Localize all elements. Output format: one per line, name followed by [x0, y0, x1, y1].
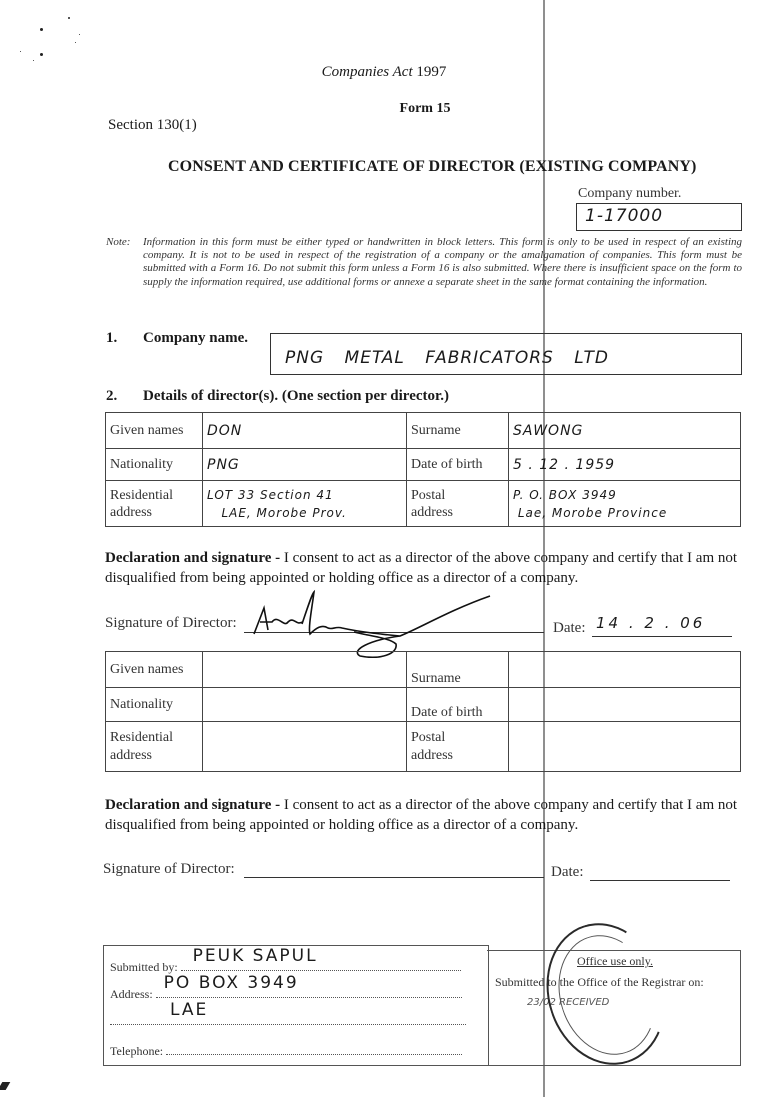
declaration-1: Declaration and signature - I consent to…	[105, 548, 745, 588]
act-name: Companies Act	[322, 64, 413, 80]
act-year: 1997	[416, 64, 446, 80]
table-row: Nationality Date of birth	[106, 688, 741, 722]
signature-2-line[interactable]	[244, 877, 544, 878]
scan-speck	[33, 60, 34, 61]
date-2-line[interactable]	[590, 880, 730, 881]
residential-label-line2: address	[110, 505, 152, 520]
postal-label-line1: Postal	[411, 488, 445, 503]
section-1-label: Company name.	[143, 330, 248, 347]
date-1-value: 14 . 2 . 06	[596, 614, 705, 632]
director-2-surname[interactable]	[509, 652, 741, 688]
company-name-field[interactable]: PNG METAL FABRICATORS LTD	[270, 333, 742, 375]
director-1-residential-address[interactable]: LOT 33 Section 41 LAE, Morobe Prov.	[203, 481, 407, 527]
address-row: Address: PO BOX 3949	[110, 985, 462, 1002]
director-2-given-names[interactable]	[203, 652, 407, 688]
table-row: Residentialaddress Postaladdress	[106, 722, 741, 772]
director-1-nationality[interactable]: PNG	[203, 449, 407, 481]
postal-label-line1: Postal	[411, 730, 445, 745]
scan-edge-mark	[0, 1082, 10, 1090]
note-label: Note:	[106, 236, 130, 249]
form-number: Form 15	[0, 101, 768, 117]
director-signature	[250, 588, 500, 658]
company-number-field[interactable]: 1-17000	[576, 203, 742, 231]
given-names-label: Given names	[106, 413, 203, 449]
declaration-heading: Declaration and signature -	[105, 797, 280, 813]
submitted-by-value: PEUK SAPUL	[193, 946, 318, 966]
director-2-nationality[interactable]	[203, 688, 407, 722]
director-2-dob[interactable]	[509, 688, 741, 722]
surname-label: Surname	[407, 413, 509, 449]
telephone-label: Telephone:	[110, 1044, 163, 1058]
act-heading: Companies Act 1997	[0, 64, 768, 81]
director-2-postal-address[interactable]	[509, 722, 741, 772]
address-label: Address:	[110, 987, 153, 1001]
scan-speck	[40, 53, 43, 56]
date-1-line[interactable]	[592, 636, 732, 637]
address-row-2: LAE	[110, 1012, 466, 1029]
address-value-line2: LAE	[170, 1000, 208, 1020]
postal-label-line2: address	[411, 748, 453, 763]
declaration-2: Declaration and signature - I consent to…	[105, 795, 745, 835]
residential-label: Residentialaddress	[106, 722, 203, 772]
residential-line1: LOT 33 Section 41	[207, 488, 334, 502]
dob-label: Date of birth	[407, 449, 509, 481]
date-2-label: Date:	[551, 864, 583, 881]
postal-line1: P. O. BOX 3949	[513, 488, 617, 502]
telephone-row: Telephone:	[110, 1042, 462, 1059]
dob-label: Date of birth	[407, 688, 509, 722]
postal-label-line2: address	[411, 505, 453, 520]
postal-label: Postaladdress	[407, 481, 509, 527]
company-number-label: Company number.	[578, 186, 681, 202]
submitted-by-label: Submitted by:	[110, 960, 178, 974]
section-2-label: Details of director(s). (One section per…	[143, 388, 449, 405]
submitted-by-box: Submitted by: PEUK SAPUL Address: PO BOX…	[103, 945, 489, 1066]
declaration-heading: Declaration and signature -	[105, 550, 280, 566]
director-2-residential-address[interactable]	[203, 722, 407, 772]
director-1-given-names[interactable]: DON	[203, 413, 407, 449]
form-title: CONSENT AND CERTIFICATE OF DIRECTOR (EXI…	[168, 158, 696, 176]
director-2-table: Given names Surname Nationality Date of …	[105, 651, 741, 772]
postal-line2: Lae, Morobe Province	[518, 506, 667, 520]
form-note: Note: Information in this form must be e…	[106, 236, 742, 289]
telephone-field[interactable]	[166, 1042, 462, 1055]
postal-label: Postaladdress	[407, 722, 509, 772]
scan-speck	[75, 42, 76, 43]
date-1-label: Date:	[553, 620, 585, 637]
surname-label: Surname	[407, 652, 509, 688]
address-value-line1: PO BOX 3949	[164, 973, 299, 993]
table-row: Nationality PNG Date of birth 5 . 12 . 1…	[106, 449, 741, 481]
signature-2-label: Signature of Director:	[103, 861, 235, 878]
residential-label-line1: Residential	[110, 488, 173, 503]
scan-speck	[79, 34, 80, 35]
note-text: Information in this form must be either …	[143, 236, 742, 289]
section-reference: Section 130(1)	[108, 117, 197, 134]
table-row: Residentialaddress LOT 33 Section 41 LAE…	[106, 481, 741, 527]
table-row: Given names Surname	[106, 652, 741, 688]
submitted-by-field[interactable]: PEUK SAPUL	[181, 958, 461, 971]
nationality-label: Nationality	[106, 449, 203, 481]
residential-label: Residentialaddress	[106, 481, 203, 527]
scan-speck	[40, 28, 43, 31]
section-1-number: 1.	[106, 330, 117, 347]
nationality-label: Nationality	[106, 688, 203, 722]
section-2-number: 2.	[106, 388, 117, 405]
residential-label-line1: Residential	[110, 730, 173, 745]
residential-line2: LAE, Morobe Prov.	[221, 506, 346, 520]
address-field-line1[interactable]: PO BOX 3949	[156, 985, 462, 998]
director-1-surname[interactable]: SAWONG	[509, 413, 741, 449]
scan-speck	[20, 51, 21, 52]
director-1-dob[interactable]: 5 . 12 . 1959	[509, 449, 741, 481]
scan-speck	[68, 17, 70, 19]
residential-label-line2: address	[110, 748, 152, 763]
address-field-line2[interactable]: LAE	[110, 1012, 466, 1025]
table-row: Given names DON Surname SAWONG	[106, 413, 741, 449]
given-names-label: Given names	[106, 652, 203, 688]
company-name-value: PNG METAL FABRICATORS LTD	[285, 348, 609, 368]
director-1-table: Given names DON Surname SAWONG Nationali…	[105, 412, 741, 527]
director-1-postal-address[interactable]: P. O. BOX 3949 Lae, Morobe Province	[509, 481, 741, 527]
signature-1-label: Signature of Director:	[105, 615, 237, 632]
company-number-value: 1-17000	[585, 206, 663, 226]
